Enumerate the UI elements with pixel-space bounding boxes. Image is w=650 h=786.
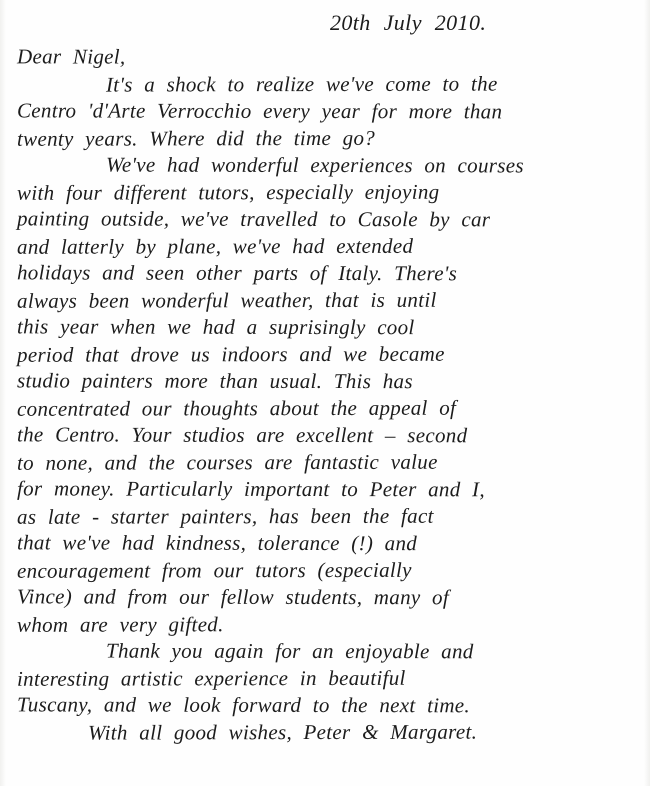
letter-line: Centro 'd'Arte Verrocchio every year for… bbox=[0, 97, 650, 125]
letter-line: that we've had kindness, tolerance (!) a… bbox=[0, 529, 650, 557]
letter-line: We've had wonderful experiences on cours… bbox=[0, 151, 650, 179]
letter-line: and latterly by plane, we've had extende… bbox=[0, 232, 650, 261]
letter-line: studio painters more than usual. This ha… bbox=[0, 367, 650, 395]
letter-line: with four different tutors, especially e… bbox=[0, 178, 650, 207]
letter-line: twenty years. Where did the time go? bbox=[0, 124, 650, 153]
letter-line: painting outside, we've travelled to Cas… bbox=[0, 205, 650, 233]
letter-line: the Centro. Your studios are excellent –… bbox=[0, 421, 650, 449]
salutation-line: Dear Nigel, bbox=[0, 43, 650, 71]
letter-line: Tuscany, and we look forward to the next… bbox=[0, 691, 650, 719]
letter-line: holidays and seen other parts of Italy. … bbox=[0, 259, 650, 287]
letter-line: Thank you again for an enjoyable and bbox=[0, 637, 650, 665]
letter-page: 20th July 2010. Dear Nigel, It's a shock… bbox=[0, 0, 650, 786]
letter-line: whom are very gifted. bbox=[0, 610, 650, 639]
letter-line: interesting artistic experience in beaut… bbox=[0, 664, 650, 693]
letter-line: period that drove us indoors and we beca… bbox=[0, 340, 650, 369]
letter-line: always been wonderful weather, that is u… bbox=[0, 286, 650, 315]
closing-signature-line: With all good wishes, Peter & Margaret. bbox=[0, 718, 650, 747]
letter-line: to none, and the courses are fantastic v… bbox=[0, 448, 650, 477]
letter-line: concentrated our thoughts about the appe… bbox=[0, 394, 650, 423]
letter-line: for money. Particularly important to Pet… bbox=[0, 475, 650, 503]
letter-line: encouragement from our tutors (especiall… bbox=[0, 556, 650, 585]
letter-line: Vince) and from our fellow students, man… bbox=[0, 583, 650, 611]
letter-line: It's a shock to realize we've come to th… bbox=[0, 70, 650, 99]
letter-line: this year when we had a suprisingly cool bbox=[0, 313, 650, 341]
date-line: 20th July 2010. bbox=[0, 0, 650, 44]
letter-line: as late - starter painters, has been the… bbox=[0, 502, 650, 531]
